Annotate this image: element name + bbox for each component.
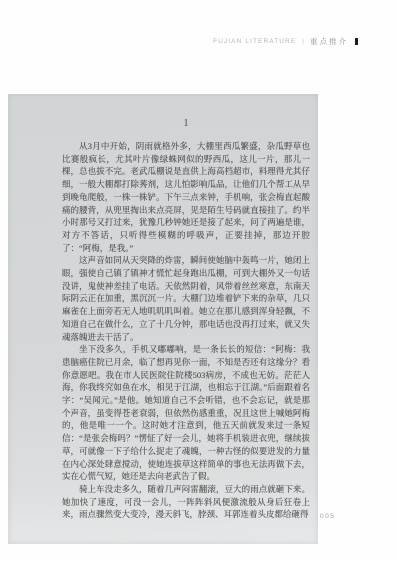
section-number: 1 bbox=[62, 118, 310, 129]
running-header: FUJIAN LITERATURE | 重点推介 bbox=[213, 36, 358, 46]
journal-title: FUJIAN LITERATURE bbox=[213, 38, 296, 45]
header-separator: | bbox=[302, 38, 304, 45]
paragraph: 从3月中开始，阴雨就格外多，大棚里西瓜繁盛，杂瓜野草也比赛般疯长，尤其叶片像绿蛛… bbox=[62, 140, 310, 254]
column-marker-icon bbox=[355, 38, 358, 45]
magazine-page: FUJIAN LITERATURE | 重点推介 1 从3月中开始，阴雨就格外多… bbox=[0, 0, 396, 561]
paragraph: 坐下没多久，手机又嘟嘟响，是一条长长的短信：“阿梅：我患脑癌住院已月余，临了想再… bbox=[62, 343, 310, 483]
paragraph: 这声音如同从天突降的炸雷，瞬间使她脑中轰鸣一片，她闭上眼，强使自己镇了镇神才慌忙… bbox=[62, 254, 310, 343]
column-title: 重点推介 bbox=[310, 36, 348, 47]
paragraph: 骑上车没走多久，随着几声闷雷翻滚，豆大的雨点就砸下来。她加快了速度，可没一会儿，… bbox=[62, 483, 310, 521]
story-text: 从3月中开始，阴雨就格外多，大棚里西瓜繁盛，杂瓜野草也比赛般疯长，尤其叶片像绿蛛… bbox=[62, 140, 310, 521]
page-number: 005 bbox=[320, 513, 335, 520]
